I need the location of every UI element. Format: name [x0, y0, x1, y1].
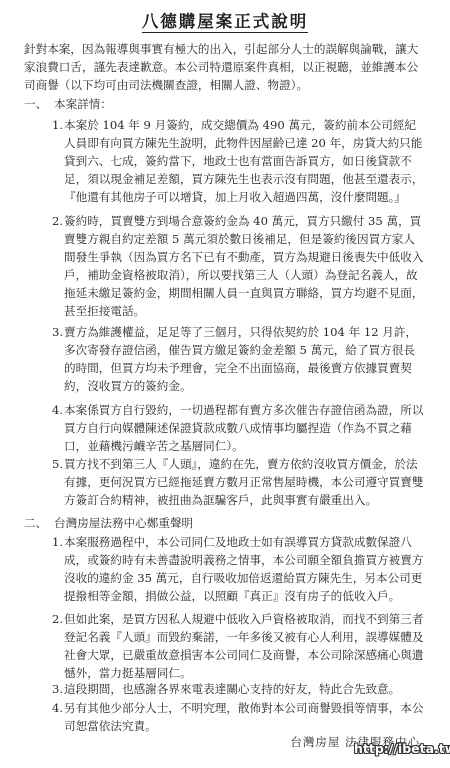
item-number: 4. [52, 401, 63, 419]
item-text: 這段期間，也感謝各界來電表達關心支持的好友，特此合先致意。 [52, 680, 424, 698]
item-text: 本案服務過程中，本公司同仁及地政士如有誤導買方貸款成數保證八成，或簽約時有未善盡… [52, 533, 424, 605]
item-text: 本案於 104 年 9 月簽約，成交總價為 490 萬元，簽約前本公司經紀人員即… [52, 116, 424, 206]
item-number: 2. [52, 610, 63, 628]
section-heading-text: 台灣房屋法務中心鄭重聲明 [54, 516, 193, 530]
item-text: 但如此案，是買方因私人規避中低收入戶資格被取消，而找不到第三者登記名義『人頭』而… [52, 610, 424, 682]
title-text: 八德購屋案正式說明 [142, 12, 309, 33]
item-number: 4. [52, 699, 63, 717]
item-number: 5. [52, 455, 63, 473]
watermark: http://ibeta.tw [354, 741, 450, 756]
item-number: 3. [52, 323, 63, 341]
list-item: 3.賣方為維護權益，足足等了三個月，只得依契約於 104 年 12 月許，多次寄… [52, 323, 424, 395]
section-number: 一、 [24, 96, 54, 112]
section-heading-text: 本案詳情： [54, 97, 112, 111]
item-text: 另有其他少部分人士，不明究理，散佈對本公司商譽毀損等情事，本公司恕當依法究責。 [52, 699, 424, 735]
list-item: 4.本案係買方自行毀約，一切過程都有賣方多次催告存證信函為證，所以買方自行向媒體… [52, 401, 424, 455]
list-item: 1.本案服務過程中，本公司同仁及地政士如有誤導買方貸款成數保證八成，或簽約時有未… [52, 533, 424, 605]
intro-paragraph: 針對本案，因為報導與事實有極大的出入，引起部分人士的誤解與論戰，讓大家浪費口舌，… [24, 40, 424, 94]
item-text: 簽約時，買賣雙方到場合意簽約金為 40 萬元，買方只繳付 35 萬，買賣雙方親自… [52, 212, 424, 320]
item-number: 3. [52, 680, 63, 698]
document-page: 八德購屋案正式說明 針對本案，因為報導與事實有極大的出入，引起部分人士的誤解與論… [0, 0, 450, 768]
item-text: 本案係買方自行毀約，一切過程都有賣方多次催告存證信函為證，所以買方自行向媒體陳述… [52, 401, 424, 455]
item-number: 1. [52, 533, 63, 551]
section-1-heading: 一、本案詳情： [24, 96, 112, 112]
item-text: 買方找不到第三人『人頭』，違約在先，賣方依約沒收買方價金，於法有據，更何況買方已… [52, 455, 424, 509]
list-item: 2.簽約時，買賣雙方到場合意簽約金為 40 萬元，買方只繳付 35 萬，買賣雙方… [52, 212, 424, 320]
section-number: 二、 [24, 515, 54, 531]
list-item: 5.買方找不到第三人『人頭』，違約在先，賣方依約沒收買方價金，於法有據，更何況買… [52, 455, 424, 509]
item-text: 賣方為維護權益，足足等了三個月，只得依契約於 104 年 12 月許，多次寄發存… [52, 323, 424, 395]
item-number: 1. [52, 116, 63, 134]
list-item: 3.這段期間，也感謝各界來電表達關心支持的好友，特此合先致意。 [52, 680, 424, 698]
list-item: 4.另有其他少部分人士，不明究理，散佈對本公司商譽毀損等情事，本公司恕當依法究責… [52, 699, 424, 735]
document-title: 八德購屋案正式說明 [0, 8, 450, 32]
list-item: 2.但如此案，是買方因私人規避中低收入戶資格被取消，而找不到第三者登記名義『人頭… [52, 610, 424, 682]
list-item: 1.本案於 104 年 9 月簽約，成交總價為 490 萬元，簽約前本公司經紀人… [52, 116, 424, 206]
section-2-heading: 二、台灣房屋法務中心鄭重聲明 [24, 515, 193, 531]
item-number: 2. [52, 212, 63, 230]
